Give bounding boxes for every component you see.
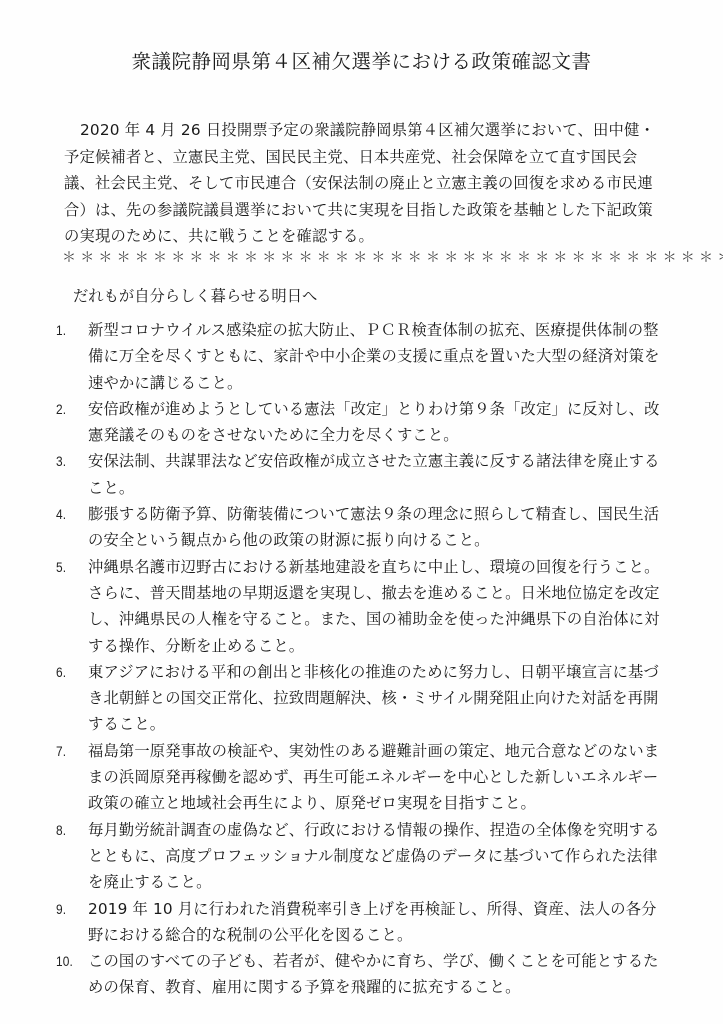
policy-number: 7. xyxy=(56,738,83,817)
policy-text: 2019 年 10 月に行われた消費税率引き上げを再検証し、所得、資産、法人の各… xyxy=(88,896,668,949)
policy-text: 安倍政権が進めようとしている憲法「改定」とりわけ第９条「改定」に反対し、改憲発議… xyxy=(88,396,668,449)
policy-number: 3. xyxy=(56,448,83,501)
policy-text: 福島第一原発事故の検証や、実効性のある避難計画の策定、地元合意などのないままの浜… xyxy=(88,738,668,817)
policy-number: 9. xyxy=(56,896,83,949)
policy-text: 新型コロナウイルス感染症の拡大防止、ＰＣＲ検査体制の拡充、医療提供体制の整備に万… xyxy=(88,317,668,396)
policy-number: 5. xyxy=(56,554,83,659)
document-title: 衆議院静岡県第４区補欠選挙における政策確認文書 xyxy=(0,48,723,76)
policy-number: 2. xyxy=(56,396,83,449)
policy-item-8: 8. 毎月勤労統計調査の虚偽など、行政における情報の操作、捏造の全体像を究明する… xyxy=(56,817,668,896)
policy-text: 沖縄県名護市辺野古における新基地建設を直ちに中止し、環境の回復を行うこと。さらに… xyxy=(88,554,668,659)
policy-item-1: 1. 新型コロナウイルス感染症の拡大防止、ＰＣＲ検査体制の拡充、医療提供体制の整… xyxy=(56,317,668,396)
policy-text: 東アジアにおける平和の創出と非核化の推進のために努力し、日朝平壌宣言に基づき北朝… xyxy=(88,659,668,738)
section-subheading: だれもが自分らしく暮らせる明日へ xyxy=(73,285,317,307)
policy-text: 安保法制、共謀罪法など安倍政権が成立させた立憲主義に反する諸法律を廃止すること。 xyxy=(88,448,668,501)
policy-item-10: 10. この国のすべての子ども、若者が、健やかに育ち、学び、働くことを可能とする… xyxy=(56,948,668,1001)
policy-item-6: 6. 東アジアにおける平和の創出と非核化の推進のために努力し、日朝平壌宣言に基づ… xyxy=(56,659,668,738)
policy-number: 1. xyxy=(56,317,83,396)
policy-number: 10. xyxy=(56,948,83,1001)
policy-number: 4. xyxy=(56,501,83,554)
policy-text: 膨張する防衛予算、防衛装備について憲法９条の理念に照らして精査し、国民生活の安全… xyxy=(88,501,668,554)
policy-item-4: 4. 膨張する防衛予算、防衛装備について憲法９条の理念に照らして精査し、国民生活… xyxy=(56,501,668,554)
intro-paragraph: 2020 年 4 月 26 日投開票予定の衆議院静岡県第４区補欠選挙において、田… xyxy=(64,117,664,250)
policy-item-5: 5. 沖縄県名護市辺野古における新基地建設を直ちに中止し、環境の回復を行うこと。… xyxy=(56,554,668,659)
policy-number: 6. xyxy=(56,659,83,738)
policy-text: 毎月勤労統計調査の虚偽など、行政における情報の操作、捏造の全体像を究明するととも… xyxy=(88,817,668,896)
separator-line: ＊＊＊＊＊＊＊＊＊＊＊＊＊＊＊＊＊＊＊＊＊＊＊＊＊＊＊＊＊＊＊＊＊＊＊＊＊＊ xyxy=(62,248,662,268)
policy-list: 1. 新型コロナウイルス感染症の拡大防止、ＰＣＲ検査体制の拡充、医療提供体制の整… xyxy=(56,317,668,1001)
policy-item-7: 7. 福島第一原発事故の検証や、実効性のある避難計画の策定、地元合意などのないま… xyxy=(56,738,668,817)
policy-item-2: 2. 安倍政権が進めようとしている憲法「改定」とりわけ第９条「改定」に反対し、改… xyxy=(56,396,668,449)
policy-item-3: 3. 安保法制、共謀罪法など安倍政権が成立させた立憲主義に反する諸法律を廃止する… xyxy=(56,448,668,501)
policy-number: 8. xyxy=(56,817,83,896)
policy-item-9: 9. 2019 年 10 月に行われた消費税率引き上げを再検証し、所得、資産、法… xyxy=(56,896,668,949)
policy-text: この国のすべての子ども、若者が、健やかに育ち、学び、働くことを可能とするための保… xyxy=(88,948,668,1001)
document-page: 衆議院静岡県第４区補欠選挙における政策確認文書 2020 年 4 月 26 日投… xyxy=(0,0,723,1024)
